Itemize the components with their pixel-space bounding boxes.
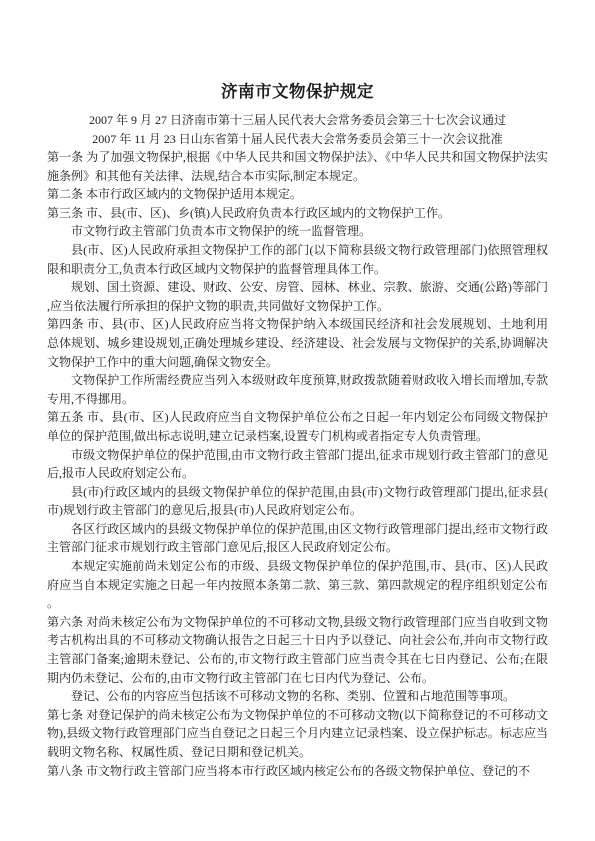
paragraph-article-5-clause-5: 本规定实施前尚未划定公布的市级、县级文物保护单位的保护范围,市、县(市、区)人民… xyxy=(47,557,548,613)
paragraph-article-7: 第七条 对登记保护的尚未核定公布为文物保护单位的不可移动文物(以下简称登记的不可… xyxy=(47,706,548,762)
paragraph-article-2: 第二条 本市行政区域内的文物保护适用本规定。 xyxy=(47,185,548,204)
paragraph-article-8: 第八条 市文物行政主管部门应当将本市行政区域内核定公布的各级文物保护单位、登记的… xyxy=(47,762,548,781)
document-page: 济南市文物保护规定 2007 年 9 月 27 日济南市第十三届人民代表大会常务… xyxy=(0,0,595,841)
preamble-approval-line: 2007 年 11 月 23 日山东省第十届人民代表大会常务委员会第三十一次会议… xyxy=(47,130,548,149)
paragraph-article-4: 第四条 市、县(市、区)人民政府应当将文物保护纳入本级国民经济和社会发展规划、土… xyxy=(47,315,548,371)
paragraph-article-6-clause-2: 登记、公布的内容应当包括该不可移动文物的名称、类别、位置和占地范围等事项。 xyxy=(47,687,548,706)
paragraph-article-1: 第一条 为了加强文物保护,根据《中华人民共和国文物保护法》、《中华人民共和国文物… xyxy=(47,148,548,185)
document-title: 济南市文物保护规定 xyxy=(47,82,548,101)
paragraph-article-5-clause-3: 县(市)行政区域内的县级文物保护单位的保护范围,由县(市)文物行政管理部门提出,… xyxy=(47,483,548,520)
paragraph-article-5-clause-4: 各区行政区域内的县级文物保护单位的保护范围,由区文物行政管理部门提出,经市文物行… xyxy=(47,520,548,557)
paragraph-article-3-clause-2: 市文物行政主管部门负责本市文物保护的统一监督管理。 xyxy=(47,222,548,241)
paragraph-article-3-clause-3: 县(市、区)人民政府承担文物保护工作的部门(以下简称县级文物行政管理部门)依照管… xyxy=(47,241,548,278)
document-body: 第一条 为了加强文物保护,根据《中华人民共和国文物保护法》、《中华人民共和国文物… xyxy=(47,148,548,780)
paragraph-article-6: 第六条 对尚未核定公布为文物保护单位的不可移动文物,县级文物行政管理部门应当自收… xyxy=(47,613,548,687)
preamble-adoption-line: 2007 年 9 月 27 日济南市第十三届人民代表大会常务委员会第三十七次会议… xyxy=(47,111,548,130)
paragraph-article-4-clause-2: 文物保护工作所需经费应当列入本级财政年度预算,财政拨款随着财政收入增长而增加,专… xyxy=(47,371,548,408)
paragraph-article-5: 第五条 市、县(市、区)人民政府应当自文物保护单位公布之日起一年内划定公布同级文… xyxy=(47,408,548,445)
paragraph-article-5-clause-2: 市级文物保护单位的保护范围,由市文物行政主管部门提出,征求市规划行政主管部门的意… xyxy=(47,446,548,483)
paragraph-article-3: 第三条 市、县(市、区)、乡(镇)人民政府负责本行政区域内的文物保护工作。 xyxy=(47,204,548,223)
paragraph-article-3-clause-4: 规划、国土资源、建设、财政、公安、房管、园林、林业、宗教、旅游、交通(公路)等部… xyxy=(47,278,548,315)
